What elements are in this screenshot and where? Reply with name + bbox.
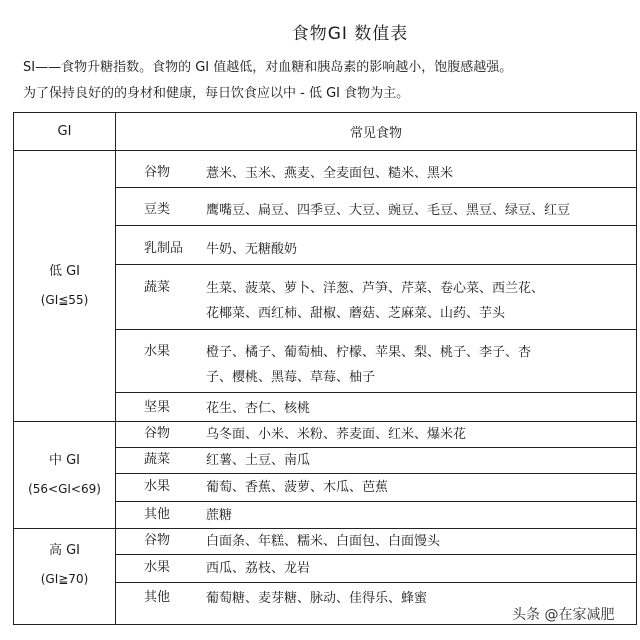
food-items: 橙子、橘子、葡萄柚、柠檬、苹果、梨、桃子、李子、杏子、樱桃、黑莓、草莓、柚子 <box>206 340 636 390</box>
category-label: 谷物 <box>116 529 206 548</box>
food-items: 蔗糖 <box>206 503 636 528</box>
food-cell: 其他 蔗糖 <box>116 502 637 529</box>
food-cell: 谷物 乌冬面、小米、米粉、荞麦面、红米、爆米花 <box>116 422 637 448</box>
food-cell: 乳制品 牛奶、无糖酸奶 <box>116 226 637 265</box>
food-items: 花生、杏仁、核桃 <box>206 396 636 421</box>
category-label: 水果 <box>116 475 206 494</box>
table-row: 中 GI (56<GI<69) 谷物 乌冬面、小米、米粉、荞麦面、红米、爆米花 <box>14 422 637 448</box>
food-cell: 谷物 薏米、玉米、燕麦、全麦面包、糙米、黑米 <box>116 151 637 188</box>
category-label: 水果 <box>116 556 206 575</box>
food-items: 鹰嘴豆、扁豆、四季豆、大豆、豌豆、毛豆、黑豆、绿豆、红豆 <box>206 198 636 223</box>
category-label: 其他 <box>116 586 206 605</box>
category-label: 乳制品 <box>116 237 206 256</box>
level-mid-gi: 中 GI (56<GI<69) <box>14 422 116 529</box>
food-items: 乌冬面、小米、米粉、荞麦面、红米、爆米花 <box>206 422 636 447</box>
category-label: 蔬菜 <box>116 448 206 467</box>
table-row: 低 GI (GI≦55) 谷物 薏米、玉米、燕麦、全麦面包、糙米、黑米 <box>14 151 637 188</box>
food-items: 白面条、年糕、糯米、白面包、白面馒头 <box>206 529 636 554</box>
level-label: 中 GI <box>14 447 115 475</box>
category-label: 谷物 <box>116 161 206 180</box>
food-items: 生菜、菠菜、萝卜、洋葱、芦笋、芹菜、卷心菜、西兰花、花椰菜、西红柿、甜椒、蘑菇、… <box>206 276 636 326</box>
gi-table: GI 常见食物 低 GI (GI≦55) 谷物 薏米、玉米、燕麦、全麦面包、糙米… <box>13 112 637 625</box>
intro-recommendation: 为了保持良好的的身材和健康，每日饮食应以中 - 低 GI 食物为主。 <box>23 82 409 101</box>
header-common-foods: 常见食物 <box>116 113 637 151</box>
intro-definition: SI——食物升糖指数。食物的 GI 值越低，对血糖和胰岛素的影响越小，饱腹感越强… <box>23 56 512 75</box>
food-cell: 坚果 花生、杏仁、核桃 <box>116 393 637 422</box>
category-label: 水果 <box>116 340 206 359</box>
food-cell: 谷物 白面条、年糕、糯米、白面包、白面馒头 <box>116 529 637 555</box>
level-range: (56<GI<69) <box>14 475 115 503</box>
food-cell: 蔬菜 生菜、菠菜、萝卜、洋葱、芦笋、芹菜、卷心菜、西兰花、花椰菜、西红柿、甜椒、… <box>116 265 637 330</box>
food-cell: 水果 橙子、橘子、葡萄柚、柠檬、苹果、梨、桃子、李子、杏子、樱桃、黑莓、草莓、柚… <box>116 330 637 393</box>
level-label: 高 GI <box>14 537 115 565</box>
watermark: 头条 @在家减肥 <box>510 604 616 624</box>
level-label: 低 GI <box>14 258 115 286</box>
level-high-gi: 高 GI (GI≧70) <box>14 529 116 625</box>
food-items: 薏米、玉米、燕麦、全麦面包、糙米、黑米 <box>206 161 636 186</box>
level-range: (GI≦55) <box>14 286 115 314</box>
level-low-gi: 低 GI (GI≦55) <box>14 151 116 422</box>
food-cell: 水果 西瓜、荔枝、龙岩 <box>116 555 637 583</box>
header-gi: GI <box>14 113 116 151</box>
category-label: 谷物 <box>116 422 206 441</box>
category-label: 其他 <box>116 503 206 522</box>
table-row: 高 GI (GI≧70) 谷物 白面条、年糕、糯米、白面包、白面馒头 <box>14 529 637 555</box>
food-cell: 豆类 鹰嘴豆、扁豆、四季豆、大豆、豌豆、毛豆、黑豆、绿豆、红豆 <box>116 188 637 226</box>
food-cell: 蔬菜 红薯、土豆、南瓜 <box>116 448 637 474</box>
food-items: 葡萄、香蕉、菠萝、木瓜、芭蕉 <box>206 475 636 500</box>
level-range: (GI≧70) <box>14 565 115 593</box>
food-items: 红薯、土豆、南瓜 <box>206 448 636 473</box>
food-cell: 水果 葡萄、香蕉、菠萝、木瓜、芭蕉 <box>116 474 637 502</box>
table-header-row: GI 常见食物 <box>14 113 637 151</box>
page-title: 食物GI 数值表 <box>0 19 640 44</box>
food-items: 牛奶、无糖酸奶 <box>206 237 636 262</box>
category-label: 蔬菜 <box>116 276 206 295</box>
category-label: 豆类 <box>116 198 206 217</box>
category-label: 坚果 <box>116 396 206 415</box>
food-items: 西瓜、荔枝、龙岩 <box>206 556 636 581</box>
